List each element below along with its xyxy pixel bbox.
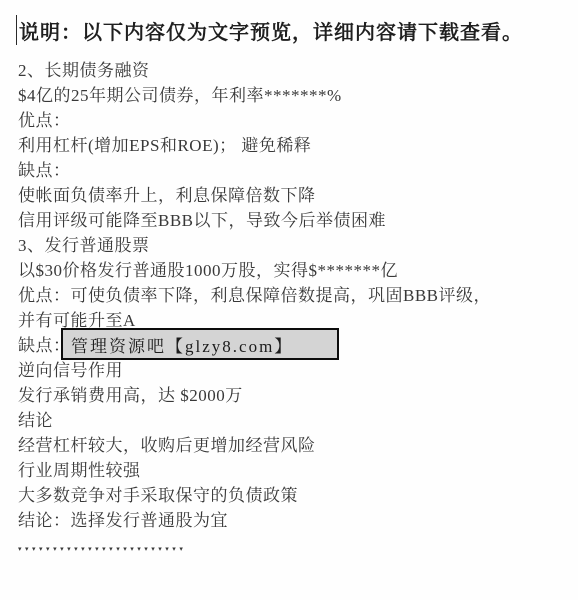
text-line: 结论：选择发行普通股为宜 — [18, 508, 570, 533]
text-line: 大多数竞争对手采取保守的负债政策 — [18, 483, 570, 508]
text-cursor — [16, 15, 17, 45]
text-line: 行业周期性较强 — [18, 458, 570, 483]
preview-notice-text: 说明：以下内容仅为文字预览，详细内容请下载查看。 — [19, 16, 523, 45]
text-line: 使帐面负债率升上，利息保障倍数下降 — [18, 183, 570, 208]
document-body: 2、长期债务融资 $4亿的25年期公司债券，年利率*******% 优点： 利用… — [18, 58, 570, 562]
text-line: 以$30价格发行普通股1000万股，实得$*******亿 — [18, 258, 570, 283]
text-line: 发行承销费用高，达 $2000万 — [18, 383, 570, 408]
preview-notice: 说明：以下内容仅为文字预览，详细内容请下载查看。 — [16, 14, 523, 46]
dotted-separator-line: ▾▾▾▾▾▾▾▾▾▾▾▾▾▾▾▾▾▾▾▾▾▾▾▾ — [18, 533, 570, 562]
text-line: 信用评级可能降至BBB以下，导致今后举债困难 — [18, 208, 570, 233]
text-line: 2、长期债务融资 — [18, 58, 570, 83]
text-line: 经营杠杆较大，收购后更增加经营风险 — [18, 433, 570, 458]
text-line: 缺点： — [18, 158, 570, 183]
text-line: 结论 — [18, 408, 570, 433]
watermark-box: 管理资源吧【glzy8.com】 — [61, 328, 339, 360]
watermark-text: 管理资源吧【glzy8.com】 — [71, 332, 293, 357]
text-line: $4亿的25年期公司债券，年利率*******% — [18, 83, 570, 108]
text-line: 优点： — [18, 108, 570, 133]
text-line: 3、发行普通股票 — [18, 233, 570, 258]
text-line: 优点：可使负债率下降，利息保障倍数提高，巩固BBB评级， — [18, 283, 570, 308]
document-preview-page: 说明：以下内容仅为文字预览，详细内容请下载查看。 2、长期债务融资 $4亿的25… — [0, 0, 578, 600]
text-line: 利用杠杆(增加EPS和ROE)； 避免稀释 — [18, 133, 570, 158]
text-line: 逆向信号作用 — [18, 358, 570, 383]
